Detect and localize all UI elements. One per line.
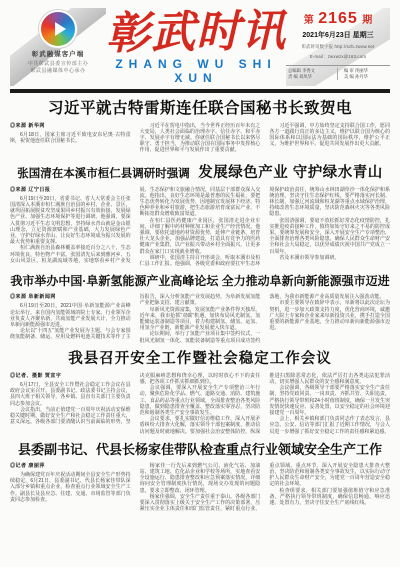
paragraph: 6月19日至20日，省委书记、省人大常委会主任张国清深入本溪市桓仁满族自治县的乡… xyxy=(10,196,131,246)
article-1-body: ◎来源 新华网 6月18日，国家主席习近平致电安东尼奥·古特雷斯，祝贺他连任联合… xyxy=(10,123,390,154)
newspaper-title-pinyin: ZHANG WU SHI XUN xyxy=(106,57,286,85)
play-icon xyxy=(55,22,66,36)
paragraph: 会议强调，各级领导干部要严格落实安全生产责任制，坚持党政同责、一岗双责、齐抓共管… xyxy=(269,385,390,416)
article-hydrogen-forum: 我市举办中国·阜新氢能源产业高峰论坛 全力推动阜新向新能源强市迈进 ◎来源 阜新… xyxy=(10,274,390,344)
issue-num: 2165 xyxy=(318,10,358,27)
paragraph: 习近平在贺电中指出，当今世界正经历百年未有之大变局，人类社会面临的治理赤字、信任… xyxy=(140,123,261,154)
article-5-headline: 县委副书记、代县长杨家佳带队检查重点行业领域安全生产工作 xyxy=(10,442,390,458)
title-block: 彰武时讯 ZHANG WU SHI XUN xyxy=(106,8,286,86)
article-4-paragraphs: 6月17日，全县安全工作暨社会稳定工作会议在县政府会议室召开。县委副书记、政法委… xyxy=(10,373,390,435)
logo-block: 彰武融媒客户端 中共彰武县委宣传部主办 彰武县融媒体中心承办 xyxy=(10,8,106,86)
paragraph: 6月17日，全县安全工作暨社会稳定工作会议在县政府会议室召开。县委副书记、政法委… xyxy=(10,382,131,407)
article-2-main-title: 发展绿色产业 守护绿水青山 xyxy=(198,165,383,181)
publication-date: 2021年6月23日 星期三 xyxy=(286,30,390,40)
issue-number: 第 2165 期 xyxy=(286,10,390,28)
logo-caption: 彰武融媒客户端 xyxy=(10,49,106,58)
paragraph: 6月19日至20日，2021中国·阜新氢能源产业高峰论坛举行。来自国内氢能领域的… xyxy=(10,303,131,328)
paragraph: 杨家佳一行先后来到燃气公司、液化气站、加油站、建筑工地、危化品企业和学校等场所，… xyxy=(140,463,261,494)
article-2-body: ◎来源 辽宁日报 6月19日至20日，省委书记、省人大常委会主任张国清深入本溪市… xyxy=(10,187,390,268)
article-2-headline: 张国清在本溪市桓仁县调研时强调 发展绿色产业 守护绿水青山 xyxy=(10,161,390,182)
issue-suffix: 期 xyxy=(362,15,372,26)
article-5-body: ◎记者 康丽萍 为确保建党百年庆祝活动期间全县安全生产形势持续稳定，6月21日，… xyxy=(10,463,390,513)
article-safety-stability-meeting: 我县召开安全工作暨社会稳定工作会议 ◎记者、摄影 贾宣宇 6月17日，全县安全工… xyxy=(10,351,390,435)
organizer-lines: 中共彰武县委宣传部主办 彰武县融媒体中心承办 xyxy=(10,61,106,74)
article-3-source: ◎来源 阜新新闻网 xyxy=(10,294,131,300)
paragraph: 检查组要求，相关部门要加强值班值守和应急准备，严格执行领导带班制度，确保信息畅通… xyxy=(269,488,390,507)
article-3-headline: 我市举办中国·阜新氢能源产业高峰论坛 全力推动阜新向新能源强市迈进 xyxy=(10,274,390,289)
article-5-source: ◎记者 康丽萍 xyxy=(10,463,131,469)
article-5-paragraphs: 为确保建党百年庆祝活动期间全县安全生产形势持续稳定，6月21日，县委副书记、代县… xyxy=(10,463,390,513)
organizer-line-2: 彰武县融媒体中心承办 xyxy=(10,68,106,75)
paragraph: 阜新风光资源富集，发展氢能产业条件得天独厚。近年来，我市抢抓“双碳”机遇，加快布… xyxy=(140,307,261,332)
media-app-logo-icon xyxy=(39,10,77,48)
article-4-source: ◎记者、摄影 贾宣宇 xyxy=(10,373,131,379)
digital-edition-line: 彰武时讯数字报 http://szb.zwxw.net xyxy=(286,44,390,50)
paragraph: 市委主要领导在致辞中表示，阜新将以此次论坛为契机，进一步加大政策支持力度，优化营… xyxy=(269,300,390,331)
paragraph: 习近平强调，中方始终坚定支持联合国工作，愿同各方一道践行真正的多边主义，维护以联… xyxy=(269,123,390,148)
paragraph: 为确保建党百年庆祝活动期间全县安全生产形势持续稳定，6月21日，县委副书记、代县… xyxy=(10,472,131,503)
article-1-source: ◎来源 新华网 xyxy=(10,123,131,129)
article-3-body: ◎来源 阜新新闻网 6月19日至20日，2021中国·阜新氢能源产业高峰论坛举行… xyxy=(10,294,390,344)
issue-info-block: 第 2165 期 2021年6月23日 星期三 彰武时讯数字报 http://s… xyxy=(286,8,390,86)
masthead-rule xyxy=(10,89,390,93)
masthead: 彰武融媒客户端 中共彰武县委宣传部主办 彰武县融媒体中心承办 彰武时讯 ZHAN… xyxy=(10,8,390,86)
paragraph: 在桓仁县医药健康产业园区，张国清走进企业车间，详细了解中药材种植加工和企业生产经… xyxy=(140,218,261,255)
paragraph: 会上，相关乡镇和部门负责同志作了表态发言，县应急、公安、信访等部门汇报了近期工作… xyxy=(269,416,390,435)
article-2-source: ◎来源 辽宁日报 xyxy=(10,187,131,193)
article-2-kicker: 张国清在本溪市桓仁县调研时强调 xyxy=(17,168,190,180)
issue-prefix: 第 xyxy=(304,15,314,26)
paragraph: 省及本溪市领导参加调研。 xyxy=(269,255,390,261)
email-line: E-mail：zwxwzx@163.com xyxy=(286,54,390,60)
article-4-headline: 我县召开安全工作暨社会稳定工作会议 xyxy=(10,351,390,368)
article-safety-inspection: 县委副书记、代县长杨家佳带队检查重点行业领域安全生产工作 ◎记者 康丽萍 为确保… xyxy=(10,442,390,513)
paragraph: 会议强调，要深入开展安全生产专项整治三年行动，聚焦危险化学品、燃气、道路交通、消… xyxy=(140,385,261,416)
staff-editor: 责 编 刘凤华 xyxy=(286,74,338,80)
staff-box: 总编辑 李秀文 编 审 佟丽华 责 编 刘凤华 美 编 孙丹华 xyxy=(286,65,390,80)
article-4-body: ◎记者、摄影 贾宣宇 6月17日，全县安全工作暨社会稳定工作会议在县政府会议室召… xyxy=(10,373,390,435)
newspaper-title: 彰武时讯 xyxy=(106,8,287,57)
article-xi-congratulates-guterres: 习近平就古特雷斯连任联合国秘书长致贺电 ◎来源 新华网 6月18日，国家主席习近… xyxy=(10,100,390,154)
staff-designer: 美 编 孙丹华 xyxy=(338,74,390,80)
article-1-headline: 习近平就古特雷斯连任联合国秘书长致贺电 xyxy=(10,100,390,118)
paragraph: 6月18日，国家主席习近平致电安东尼奥·古特雷斯，祝贺他连任联合国秘书长。 xyxy=(10,132,131,144)
article-3-paragraphs: 6月19日至20日，2021中国·阜新氢能源产业高峰论坛举行。来自国内氢能领域的… xyxy=(10,294,390,344)
newspaper-page: 彰武融媒客户端 中共彰武县委宣传部主办 彰武县融媒体中心承办 彰武时讯 ZHAN… xyxy=(0,0,400,567)
article-zhangguoqing-huanren: 张国清在本溪市桓仁县调研时强调 发展绿色产业 守护绿水青山 ◎来源 辽宁日报 6… xyxy=(10,161,390,268)
paragraph: 张国清强调，要毫不放松抓好常态化疫情防控，扎实推进疫苗接种工作，慎终如始守好来之… xyxy=(269,218,390,255)
article-2-paragraphs: 6月19日至20日，省委书记、省人大常委会主任张国清深入本溪市桓仁满族自治县的乡… xyxy=(10,187,390,268)
